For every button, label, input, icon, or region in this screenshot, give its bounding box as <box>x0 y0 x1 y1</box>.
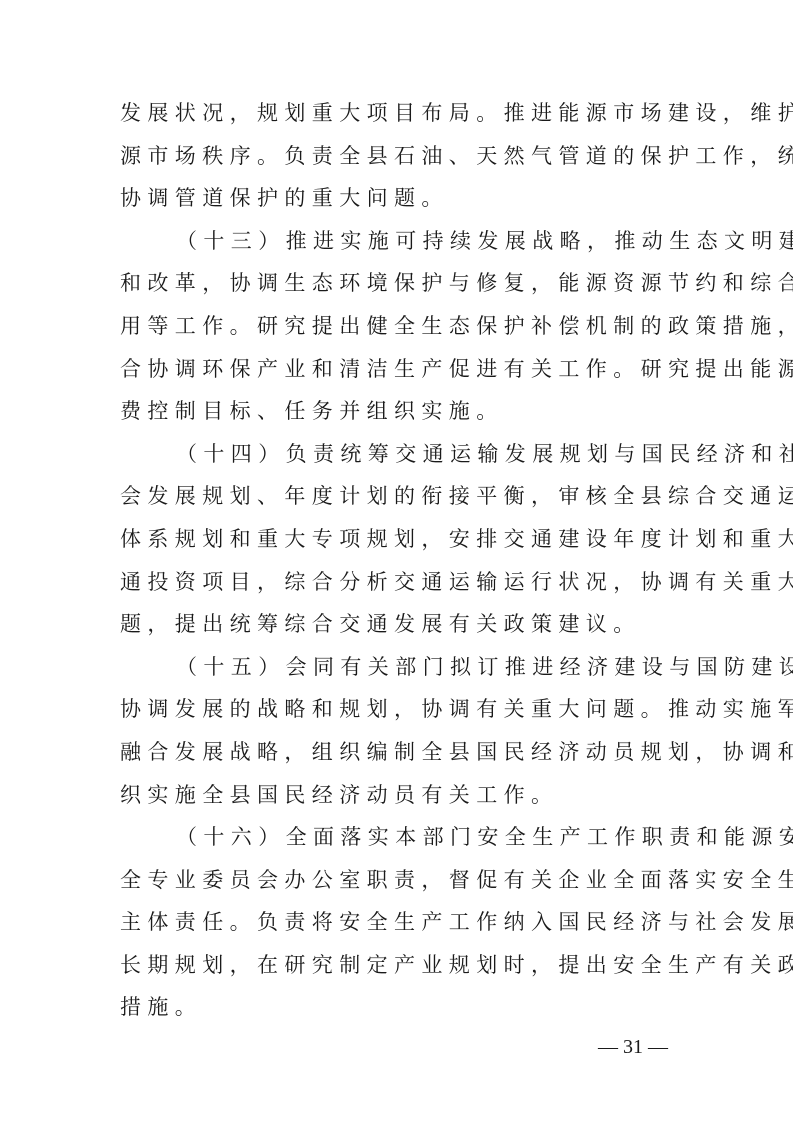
text-line: 费控制目标、任务并组织实施。 <box>120 396 680 439</box>
text-line: 会发展规划、年度计划的衔接平衡，审核全县综合交通运输 <box>120 481 680 524</box>
paragraph-15-start: （十五）会同有关部门拟订推进经济建设与国防建设 <box>120 652 680 695</box>
text-line: 用等工作。研究提出健全生态保护补偿机制的政策措施，综 <box>120 311 680 354</box>
text-line: 合协调环保产业和清洁生产促进有关工作。研究提出能源消 <box>120 354 680 397</box>
text-line: 融合发展战略，组织编制全县国民经济动员规划，协调和组 <box>120 737 680 780</box>
text-line: 织实施全县国民经济动员有关工作。 <box>120 780 680 823</box>
text-line: 通投资项目，综合分析交通运输运行状况，协调有关重大问 <box>120 567 680 610</box>
body-text: 发展状况，规划重大项目布局。推进能源市场建设，维护能 源市场秩序。负责全县石油、… <box>120 98 680 1035</box>
text-line: 协调管道保护的重大问题。 <box>120 183 680 226</box>
text-line: 主体责任。负责将安全生产工作纳入国民经济与社会发展中 <box>120 907 680 950</box>
text-line: 全专业委员会办公室职责，督促有关企业全面落实安全生产 <box>120 865 680 908</box>
paragraph-16-start: （十六）全面落实本部门安全生产工作职责和能源安 <box>120 822 680 865</box>
text-line: 题，提出统筹综合交通发展有关政策建议。 <box>120 609 680 652</box>
text-line: 措施。 <box>120 992 680 1035</box>
text-line: 和改革，协调生态环境保护与修复，能源资源节约和综合利 <box>120 268 680 311</box>
page-number: — 31 — <box>598 1036 668 1059</box>
text-line: 体系规划和重大专项规划，安排交通建设年度计划和重大交 <box>120 524 680 567</box>
text-line: 源市场秩序。负责全县石油、天然气管道的保护工作，统筹 <box>120 141 680 184</box>
paragraph-14-start: （十四）负责统筹交通运输发展规划与国民经济和社 <box>120 439 680 482</box>
text-line: 长期规划，在研究制定产业规划时，提出安全生产有关政策 <box>120 950 680 993</box>
paragraph-13-start: （十三）推进实施可持续发展战略，推动生态文明建设 <box>120 226 680 269</box>
text-line: 协调发展的战略和规划，协调有关重大问题。推动实施军民 <box>120 694 680 737</box>
text-line: 发展状况，规划重大项目布局。推进能源市场建设，维护能 <box>120 98 680 141</box>
document-page: 发展状况，规划重大项目布局。推进能源市场建设，维护能 源市场秩序。负责全县石油、… <box>0 0 793 1122</box>
